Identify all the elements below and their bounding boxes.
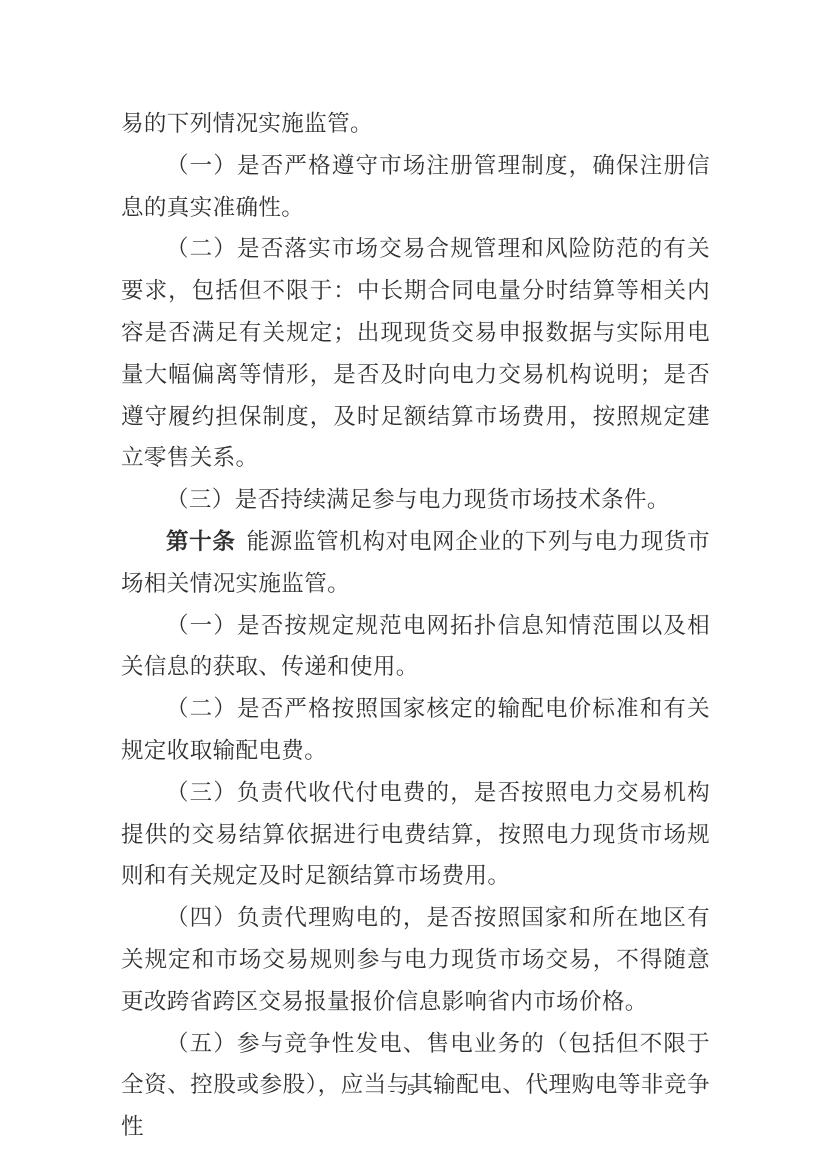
document-body: 易的下列情况实施监管。 （一）是否严格遵守市场注册管理制度，确保注册信息的真实准…	[121, 103, 710, 1148]
paragraph-article-ten-item-2: （二）是否严格按照国家核定的输配电价标准和有关规定收取输配电费。	[121, 688, 710, 772]
page-number: - 5 -	[0, 1082, 826, 1100]
paragraph-item-3: （三）是否持续满足参与电力现货市场技术条件。	[121, 479, 710, 521]
paragraph-article-ten-item-3: （三）负责代收代付电费的，是否按照电力交易机构提供的交易结算依据进行电费结算，按…	[121, 772, 710, 897]
paragraph-article-ten-item-1: （一）是否按规定规范电网拓扑信息知情范围以及相关信息的获取、传递和使用。	[121, 605, 710, 689]
paragraph-continuation: 易的下列情况实施监管。	[121, 103, 710, 145]
paragraph-item-1: （一）是否严格遵守市场注册管理制度，确保注册信息的真实准确性。	[121, 145, 710, 229]
paragraph-article-ten: 第十条能源监管机构对电网企业的下列与电力现货市场相关情况实施监管。	[121, 521, 710, 605]
paragraph-item-2: （二）是否落实市场交易合规管理和风险防范的有关要求，包括但不限于：中长期合同电量…	[121, 228, 710, 479]
paragraph-article-ten-item-4: （四）负责代理购电的，是否按照国家和所在地区有关规定和市场交易规则参与电力现货市…	[121, 897, 710, 1022]
document-page: 易的下列情况实施监管。 （一）是否严格遵守市场注册管理制度，确保注册信息的真实准…	[0, 0, 826, 1169]
article-number: 第十条	[166, 529, 236, 554]
